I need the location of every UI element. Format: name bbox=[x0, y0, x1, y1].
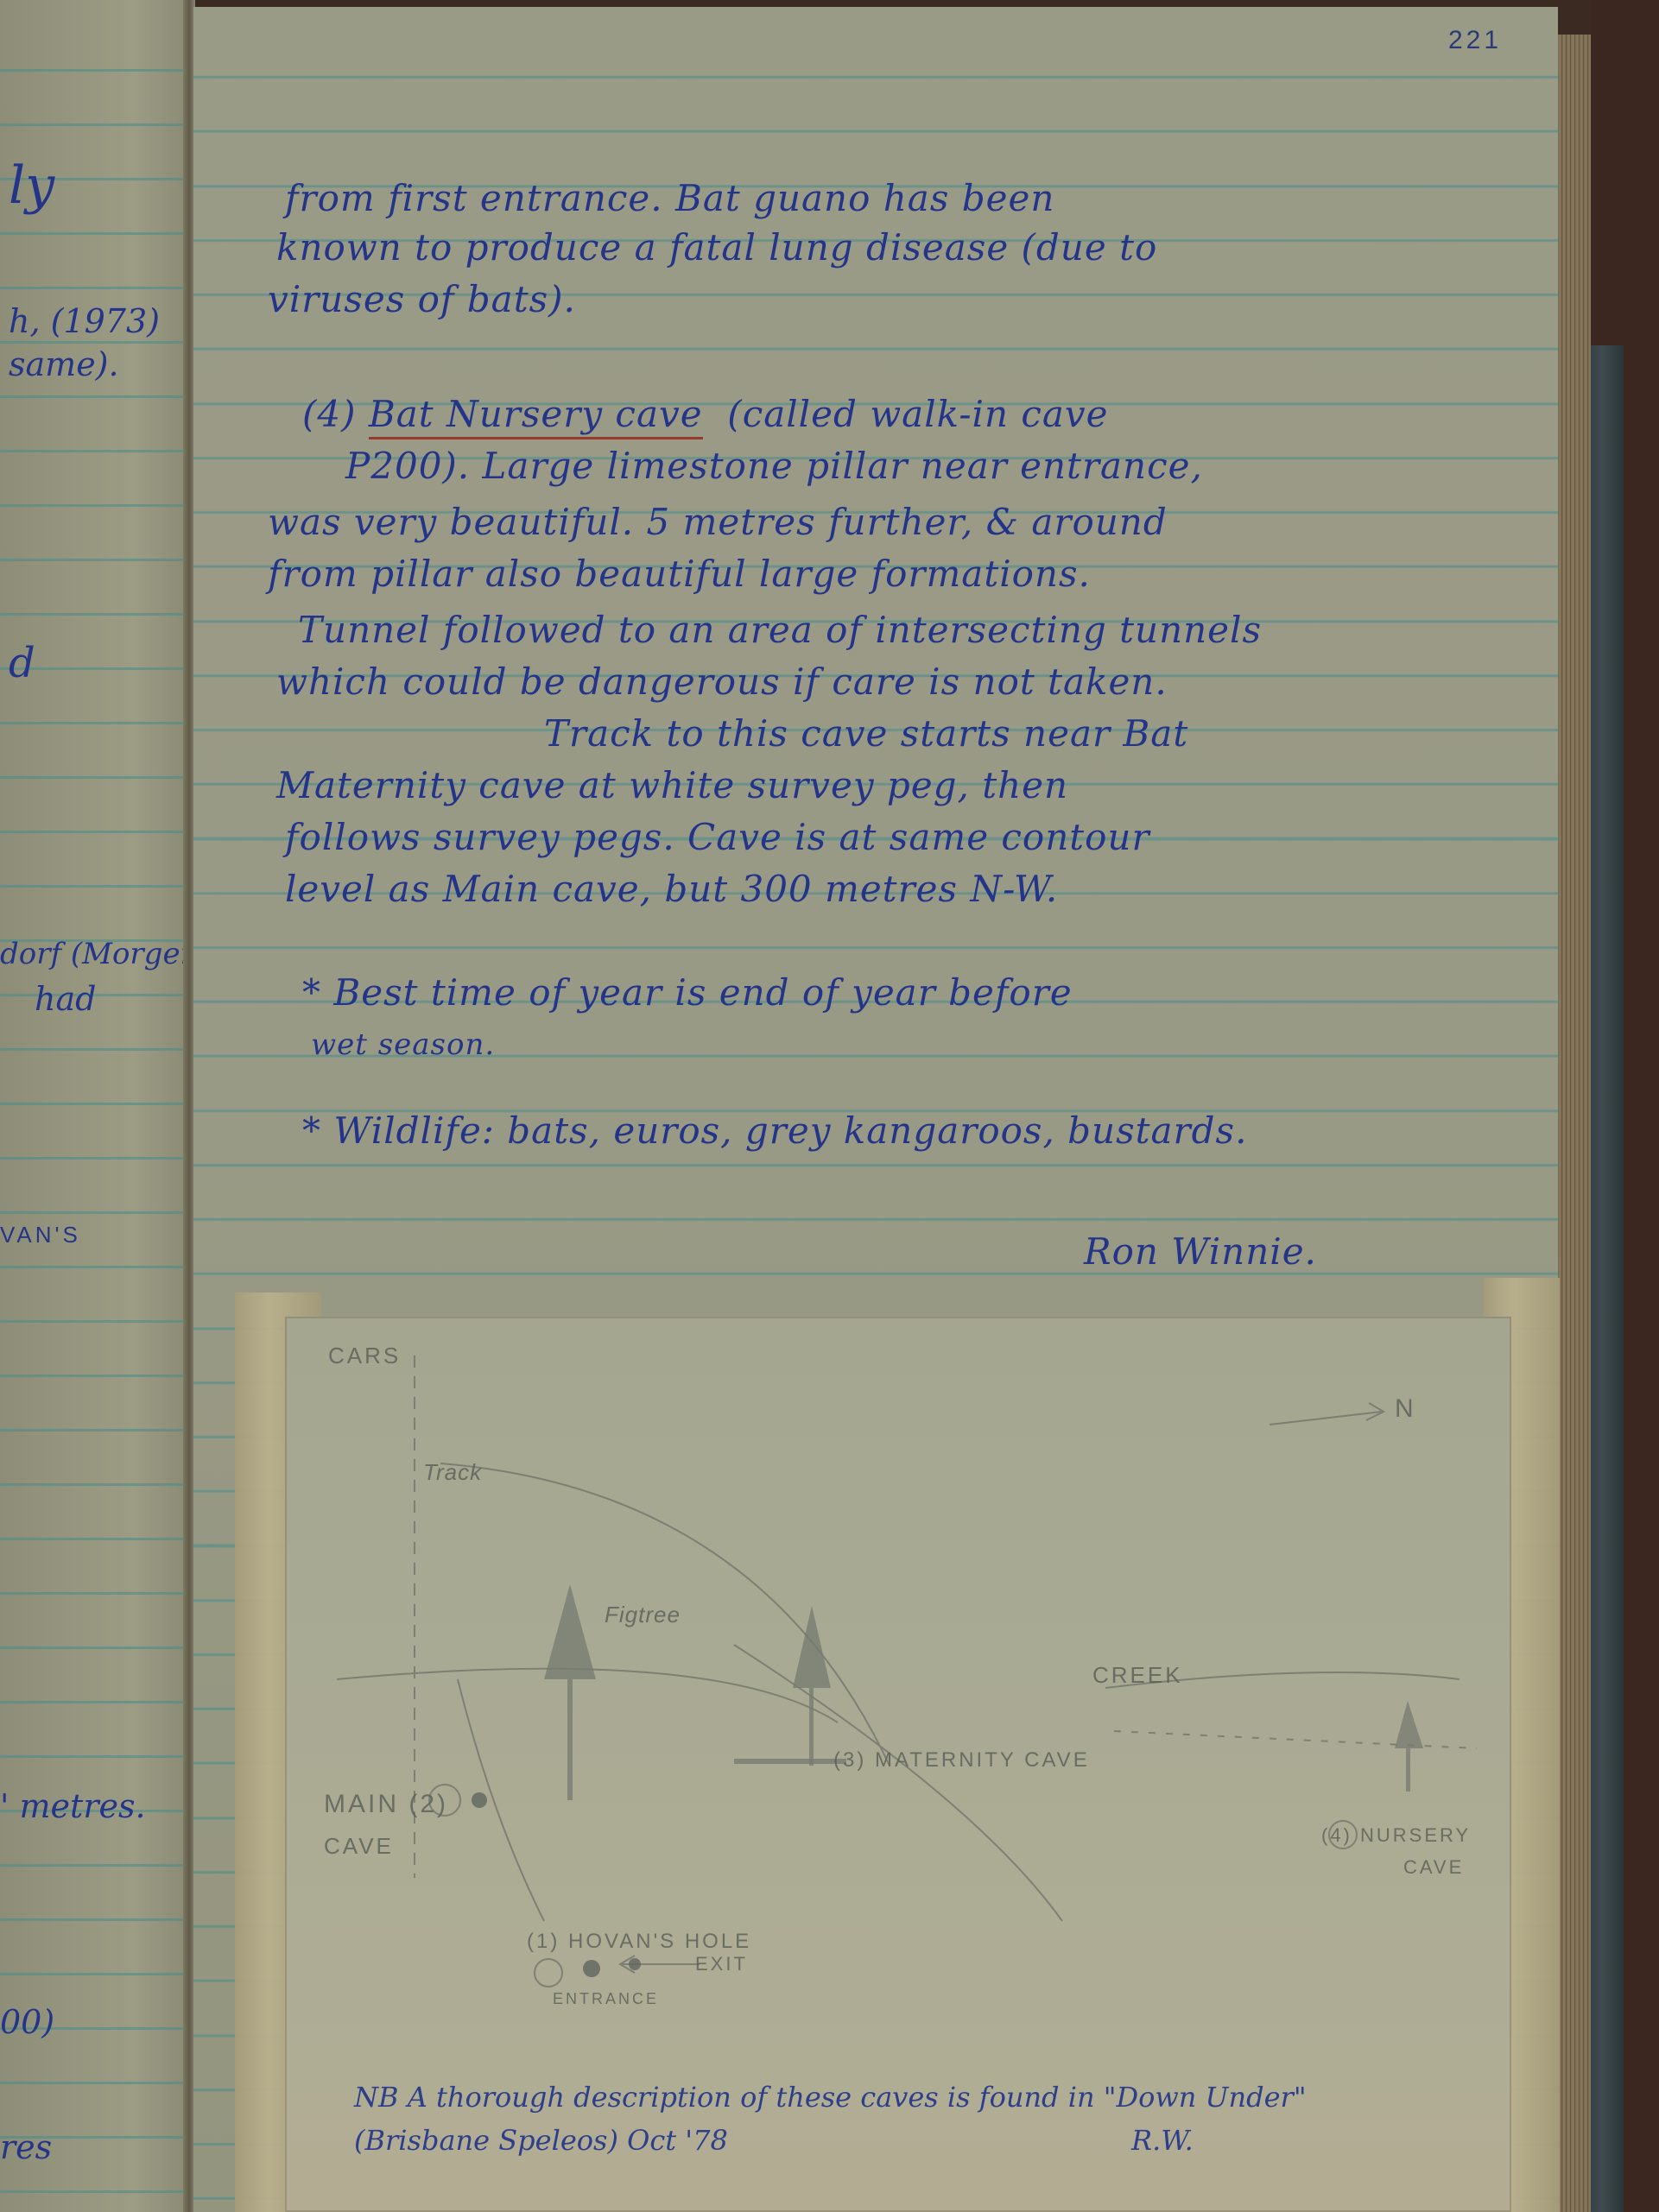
label-maternity-cave: (3) MATERNITY CAVE bbox=[833, 1748, 1090, 1773]
section-heading: Bat Nursery cave bbox=[369, 393, 703, 439]
label-creek: CREEK bbox=[1092, 1662, 1183, 1689]
text-line: Tunnel followed to an area of intersecti… bbox=[298, 609, 1262, 651]
footnote-initials: R.W. bbox=[1131, 2124, 1194, 2157]
sketch-map-card: CARS Track N Figtree CREEK MAIN (2) CAVE… bbox=[285, 1317, 1511, 2212]
text-line: which could be dangerous if care is not … bbox=[276, 660, 1168, 703]
text-line: known to produce a fatal lung disease (d… bbox=[276, 226, 1157, 269]
left-fragment: ly bbox=[9, 155, 54, 216]
text-line: viruses of bats). bbox=[268, 278, 576, 320]
label-entrance: ENTRANCE bbox=[553, 1990, 659, 2008]
text-line: from first entrance. Bat guano has been bbox=[285, 177, 1054, 219]
left-fragment: same). bbox=[9, 345, 119, 383]
left-fragment: VAN'S bbox=[0, 1222, 81, 1248]
text-line: from pillar also beautiful large formati… bbox=[268, 553, 1091, 595]
label-north: N bbox=[1395, 1394, 1416, 1424]
label-cars: CARS bbox=[328, 1343, 401, 1369]
left-fragment: res bbox=[0, 2128, 52, 2166]
page-edges bbox=[1558, 35, 1591, 2212]
text-line: * Best time of year is end of year befor… bbox=[302, 971, 1073, 1014]
left-fragment: ' metres. bbox=[0, 1787, 146, 1825]
text-line: follows survey pegs. Cave is at same con… bbox=[285, 816, 1150, 858]
page-number: 221 bbox=[1448, 26, 1502, 55]
label-hovans-hole: (1) HOVAN'S HOLE bbox=[527, 1930, 751, 1954]
section-heading-line: (4) (4) Bat Nursery cave (called walk-in… bbox=[302, 393, 1109, 435]
left-fragment: d bbox=[9, 639, 35, 687]
left-fragment: had bbox=[35, 980, 96, 1018]
label-track: Track bbox=[423, 1459, 482, 1486]
text-line: wet season. bbox=[311, 1027, 495, 1062]
label-main-cave-2: CAVE bbox=[324, 1833, 394, 1860]
text-line: Maternity cave at white survey peg, then bbox=[276, 764, 1068, 806]
text-line: level as Main cave, but 300 metres N-W. bbox=[285, 868, 1058, 910]
left-fragment: 00) bbox=[0, 2003, 54, 2041]
text-line: P200). Large limestone pillar near entra… bbox=[345, 445, 1203, 487]
left-fragment: h, (1973) bbox=[9, 302, 160, 340]
label-figtree: Figtree bbox=[605, 1602, 681, 1628]
signature: Ron Winnie. bbox=[1084, 1230, 1317, 1273]
text-line: was very beautiful. 5 metres further, & … bbox=[268, 501, 1168, 543]
label-main-cave: MAIN (2) bbox=[324, 1790, 448, 1819]
text-line: Track to this cave starts near Bat bbox=[544, 712, 1188, 755]
label-nursery-cave: (4) NURSERY bbox=[1321, 1824, 1471, 1847]
footnote-line-2: (Brisbane Speleos) Oct '78 bbox=[354, 2124, 728, 2157]
left-fragment: dorf (Morgen, bbox=[0, 937, 208, 971]
left-page: ly h, (1973) same). d dorf (Morgen, had … bbox=[0, 0, 192, 2212]
text-line: * Wildlife: bats, euros, grey kangaroos,… bbox=[302, 1109, 1247, 1152]
label-nursery-cave-2: CAVE bbox=[1403, 1856, 1464, 1879]
section-number: (4) bbox=[302, 393, 357, 435]
section-heading-rest: (called walk-in cave bbox=[715, 393, 1109, 435]
footnote-line-1: NB A thorough description of these caves… bbox=[354, 2081, 1307, 2114]
label-exit: EXIT bbox=[695, 1953, 748, 1975]
